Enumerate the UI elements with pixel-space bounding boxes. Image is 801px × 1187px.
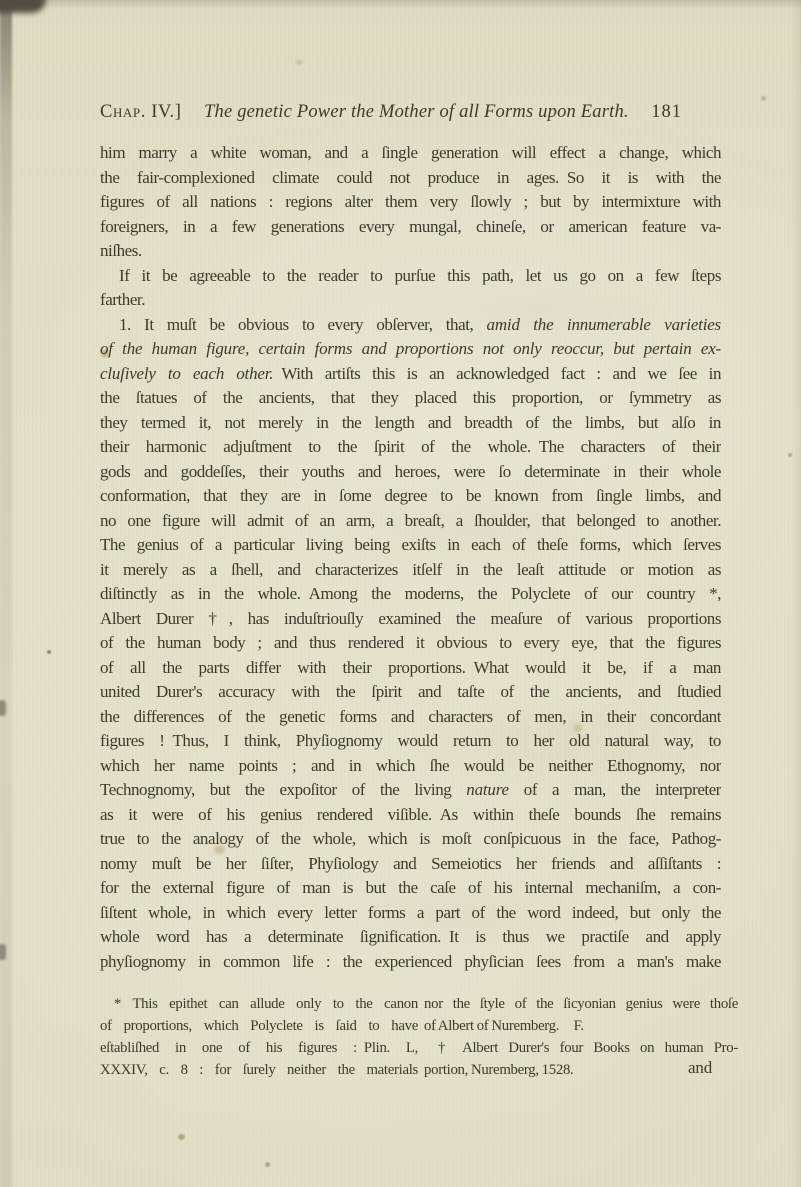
book-page: Chap. IV.] The genetic Power the Mother …: [0, 0, 801, 1187]
page-left-edge-shadow: [0, 0, 12, 1187]
catchword: and: [688, 1058, 712, 1078]
text-line: their harmonic adjuſtment to the ſpirit …: [100, 435, 721, 460]
text-line: for the external figure of man is but th…: [100, 876, 721, 901]
text-line: the fair-complexioned climate could not …: [100, 166, 721, 191]
foxing-spot: [761, 96, 766, 101]
text-line: If it be agreeable to the reader to purſ…: [100, 264, 721, 289]
text-line: XXXIV, c. 8 : for ſurely neither the mat…: [100, 1060, 418, 1082]
text-line: The genius of a particular living being …: [100, 533, 721, 558]
scan-corner-artifact: [0, 0, 46, 13]
text-line: as it were of his genius rendered viſibl…: [100, 803, 721, 828]
foxing-spot: [296, 60, 302, 65]
body-text: him marry a white woman, and a ſingle ge…: [100, 141, 721, 974]
text-line: * This epithet can allude only to the ca…: [100, 994, 418, 1016]
text-line: conformation, that they are in ſome degr…: [100, 484, 721, 509]
page-top-edge-shadow: [0, 0, 801, 9]
running-header: Chap. IV.] The genetic Power the Mother …: [100, 102, 716, 123]
text-line: cluſively to each other. With artiſts th…: [100, 362, 721, 387]
chapter-label: Chap. IV.]: [100, 102, 182, 123]
text-line: whole word has a determinate ſignificati…: [100, 925, 721, 950]
ink-speck: [47, 650, 51, 654]
text-line: Albert Durer †, has induſtriouſly examin…: [100, 607, 721, 632]
page-right-edge-tint: [791, 0, 801, 1187]
text-line: of proportions, which Polyclete is ſaid …: [100, 1016, 418, 1038]
foxing-spot: [265, 1162, 270, 1167]
text-line: diſtinctly as in the whole. Among the mo…: [100, 582, 721, 607]
text-line: nomy muſt be her ſiſter, Phyſiology and …: [100, 852, 721, 877]
text-line: of all the parts differ with their propo…: [100, 656, 721, 681]
text-line: the differences of the genetic forms and…: [100, 705, 721, 730]
text-line: figures ! Thus, I think, Phyſiognomy wou…: [100, 729, 721, 754]
text-line: of Albert of Nuremberg. F.: [424, 1016, 738, 1038]
text-line: phyſiognomy in common life : the experie…: [100, 950, 721, 975]
text-line: Technognomy, but the expoſitor of the li…: [100, 778, 721, 803]
page-edge-nick: [0, 944, 6, 960]
text-line: united Durer's accuracy with the ſpirit …: [100, 680, 721, 705]
text-line: which her name points ; and in which ſhe…: [100, 754, 721, 779]
text-line: foreigners, in a few generations every m…: [100, 215, 721, 240]
text-line: no one figure will admit of an arm, a br…: [100, 509, 721, 534]
foxing-spot: [178, 1134, 185, 1140]
text-line: it merely as a ſhell, and characterizes …: [100, 558, 721, 583]
running-title: The genetic Power the Mother of all Form…: [182, 102, 652, 123]
text-line: figures of all nations : regions alter t…: [100, 190, 721, 215]
foxing-spot: [788, 453, 792, 457]
text-line: 1. It muſt be obvious to every obſerver,…: [100, 313, 721, 338]
text-line: him marry a white woman, and a ſingle ge…: [100, 141, 721, 166]
text-line: true to the analogy of the whole, which …: [100, 827, 721, 852]
footnote-column-left: * This epithet can allude only to the ca…: [100, 994, 418, 1082]
text-line: the ſtatues of the ancients, that they p…: [100, 386, 721, 411]
text-line: nor the ſtyle of the ſicyonian genius we…: [424, 994, 738, 1016]
text-line: gods and goddeſſes, their youths and her…: [100, 460, 721, 485]
text-line: they termed it, not merely in the length…: [100, 411, 721, 436]
page-edge-nick: [0, 700, 6, 716]
text-line: of the human figure, certain forms and p…: [100, 337, 721, 362]
text-line: niſhes.: [100, 239, 721, 264]
text-line: of the human body ; and thus rendered it…: [100, 631, 721, 656]
text-line: ſiſtent whole, in which every letter for…: [100, 901, 721, 926]
text-line: † Albert Durer's four Books on human Pro…: [424, 1038, 738, 1060]
text-line: eſtabliſhed in one of his figures : Plin…: [100, 1038, 418, 1060]
text-line: farther.: [100, 288, 721, 313]
page-number: 181: [651, 102, 716, 123]
